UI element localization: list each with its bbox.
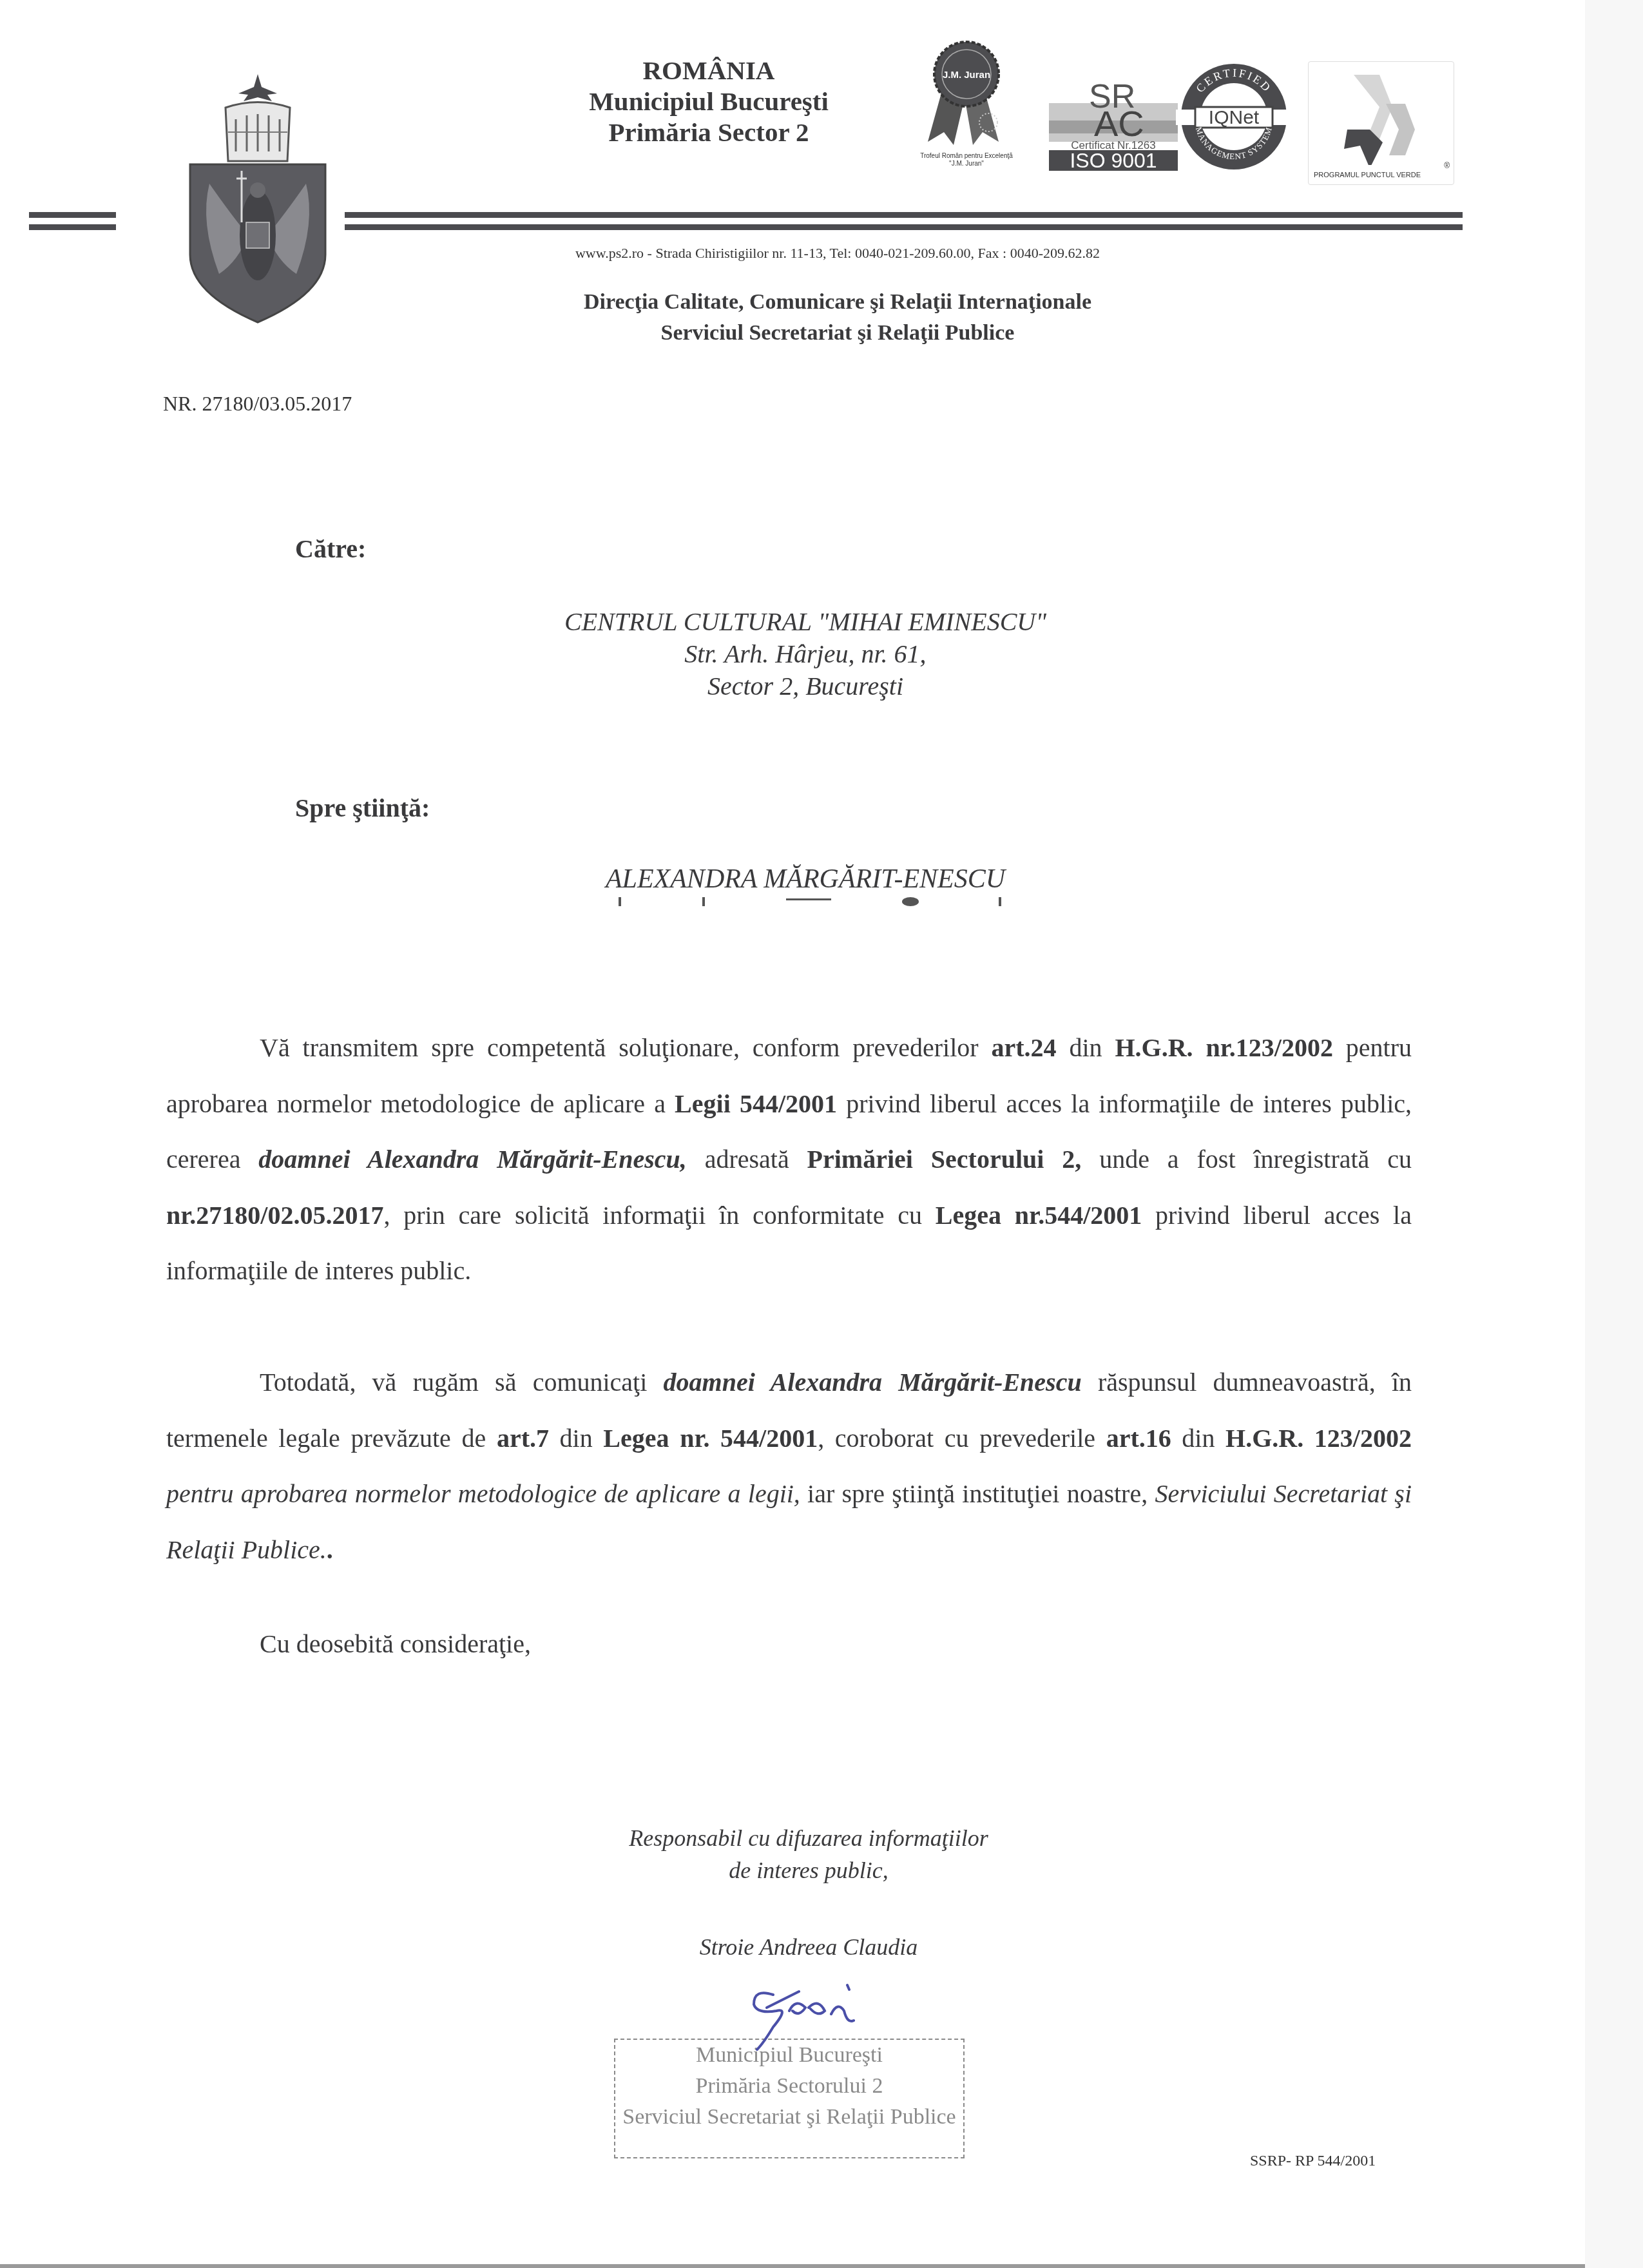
signatory-title: Responsabil cu difuzarea informaţiilor d…	[567, 1822, 1050, 1886]
signatory-title-2: de interes public,	[567, 1854, 1050, 1886]
scan-margin	[1585, 0, 1643, 2268]
text-run: doamnei Alexandra Mărgărit-Enescu	[664, 1368, 1082, 1397]
text-run: H.G.R. 123/2002	[1225, 1424, 1412, 1453]
letterhead-title: ROMÂNIA Municipiul Bucureşti Primăria Se…	[515, 55, 902, 148]
text-run: Primăriei Sectorului 2,	[807, 1145, 1082, 1174]
text-run: art.7	[497, 1424, 549, 1453]
text-run: art.16	[1106, 1424, 1171, 1453]
header-rule	[29, 224, 116, 230]
svg-text:J.M. Juran: J.M. Juran	[943, 70, 990, 81]
juran-award-logo: J.M. Juran Trofeul Român pentru Excelenţ…	[908, 39, 1024, 174]
recipient-address-2: Sector 2, Bucureşti	[322, 670, 1289, 703]
juran-caption-2: "J.M. Juran"	[908, 160, 1024, 168]
text-run: Vă transmitem spre competentă soluţionar…	[260, 1033, 992, 1062]
svg-text:ISO 9001: ISO 9001	[1070, 149, 1157, 171]
header-rule	[345, 224, 1463, 230]
header-rule	[345, 212, 1463, 218]
text-run: adresată	[687, 1145, 807, 1174]
text-run: Totodată, vă rugăm să comunicaţi	[260, 1368, 664, 1397]
text-run: H.G.R. nr.123/2002	[1115, 1033, 1332, 1062]
body-paragraph-1: Vă transmitem spre competentă soluţionar…	[166, 1020, 1412, 1299]
text-run: Legea nr. 544/2001	[603, 1424, 818, 1453]
verde-caption: PROGRAMUL PUNCTUL VERDE	[1314, 171, 1421, 179]
office: Primăria Sector 2	[515, 117, 902, 148]
juran-caption-1: Trofeul Român pentru Excelenţă	[908, 153, 1024, 160]
registered-mark: ®	[1444, 161, 1450, 170]
iqnet-logo: IQNet CERTIFIED MANAGEMENT SYSTEM	[1176, 59, 1292, 174]
coat-of-arms-icon	[174, 68, 341, 325]
department-name: Direcţia Calitate, Comunicare şi Relaţii…	[387, 287, 1289, 318]
stamp-line-3: Serviciul Secretariat şi Relaţii Publice	[615, 2102, 963, 2133]
recycle-arrows-icon	[1309, 62, 1454, 165]
text-run: din	[549, 1424, 603, 1453]
cc-label: Spre ştiinţă:	[295, 793, 430, 823]
country: ROMÂNIA	[515, 55, 902, 86]
text-run: din	[1171, 1424, 1225, 1453]
reference-code: SSRP- RP 544/2001	[1250, 2153, 1376, 2170]
ribbon-badge-icon: J.M. Juran	[908, 39, 1024, 148]
text-run: din	[1057, 1033, 1115, 1062]
text-run: nr.27180/02.05.2017	[166, 1201, 383, 1230]
text-run: doamnei Alexandra Mărgărit-Enescu,	[258, 1145, 686, 1174]
contact-line: www.ps2.ro - Strada Chiristigiilor nr. 1…	[387, 245, 1289, 262]
body-paragraph-2: Totodată, vă rugăm să comunicaţi doamnei…	[166, 1355, 1412, 1578]
srac-iso-logo: SR AC Certificat Nr.1263 ISO 9001	[1049, 74, 1178, 171]
text-run: unde a fost înregistrată cu	[1081, 1145, 1412, 1174]
text-run: .	[327, 1535, 333, 1564]
recipient-address-1: Str. Arh. Hârjeu, nr. 61,	[322, 638, 1289, 670]
text-run: , prin care solicită informaţii în confo…	[383, 1201, 935, 1230]
signatory-title-1: Responsabil cu difuzarea informaţiilor	[567, 1822, 1050, 1854]
department-block: Direcţia Calitate, Comunicare şi Relaţii…	[387, 287, 1289, 349]
text-run: iar spre ştiinţă instituţiei noastre,	[800, 1479, 1155, 1508]
registration-number: NR. 27180/03.05.2017	[163, 392, 352, 416]
punctul-verde-logo: PROGRAMUL PUNCTUL VERDE ®	[1308, 61, 1454, 185]
signatory-name: Stroie Andreea Claudia	[567, 1934, 1050, 1961]
service-name: Serviciul Secretariat şi Relaţii Publice	[387, 318, 1289, 349]
svg-text:AC: AC	[1094, 103, 1144, 144]
cc-name: ALEXANDRA MĂRGĂRIT-ENESCU	[322, 864, 1289, 895]
text-run: art.24	[992, 1033, 1057, 1062]
text-run: Legea nr.544/2001	[936, 1201, 1142, 1230]
official-stamp: Municipiul Bucureşti Primăria Sectorului…	[614, 2039, 965, 2158]
scan-edge	[0, 2264, 1585, 2268]
recipient-block: CENTRUL CULTURAL "MIHAI EMINESCU" Str. A…	[322, 606, 1289, 703]
municipality: Municipiul Bucureşti	[515, 86, 902, 117]
header-rule	[29, 212, 116, 218]
text-run: , coroborat cu prevederile	[818, 1424, 1106, 1453]
redacted-line	[599, 897, 1063, 906]
text-run: Legii 544/2001	[675, 1089, 837, 1118]
recipient-name: CENTRUL CULTURAL "MIHAI EMINESCU"	[322, 606, 1289, 638]
svg-text:IQNet: IQNet	[1209, 107, 1260, 128]
stamp-line-2: Primăria Sectorului 2	[615, 2071, 963, 2102]
recipient-label: Către:	[295, 534, 366, 564]
text-run: pentru aprobarea normelor metodologice d…	[166, 1479, 800, 1508]
closing-salutation: Cu deosebită consideraţie,	[260, 1629, 531, 1659]
handwritten-signature-icon	[728, 1975, 896, 2053]
